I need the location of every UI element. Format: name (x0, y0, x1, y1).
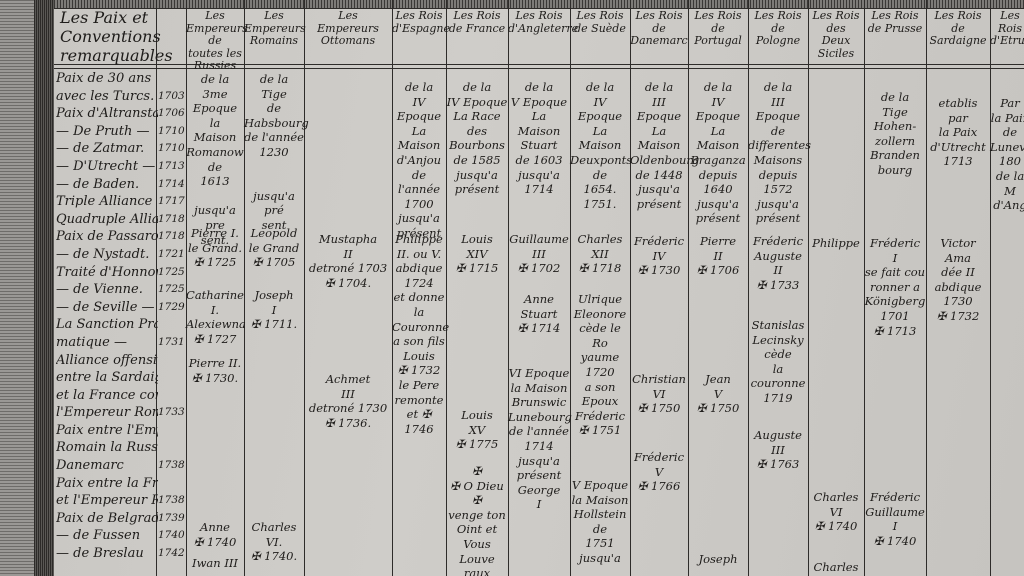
treaty-year: 1725 (158, 281, 186, 299)
entry-prussia: de la Tige Hohen- zollern Branden bourg (864, 90, 926, 178)
treaty-name: et la France contre (56, 387, 158, 405)
treaty-name: La Sanction Prag (56, 316, 158, 334)
treaty-year (158, 352, 186, 370)
entry-sicilies: Charles VI ✠ 1740 (808, 490, 864, 534)
entry-denmark: Fréderic V ✠ 1766 (630, 450, 688, 494)
treaty-name: — D'Utrecht — (56, 158, 158, 176)
entry-roman: Leopold le Grand ✠ 1705 (244, 226, 304, 270)
treaty-name: Quadruple Alliance (56, 211, 158, 229)
treaty-name: — de Seville — (56, 299, 158, 317)
entry-poland: Stanislas Lecinsky cède la couronne 1719 (748, 318, 808, 406)
entry-portugal: de la IV Epoque La Maison Braganza depui… (688, 80, 748, 226)
treaty-name: — de Baden. (56, 176, 158, 194)
entry-ottoman: Mustapha II detroné 1703 ✠ 1704. (304, 232, 392, 290)
entry-sicilies: Charles (808, 560, 864, 575)
treaty-year (158, 439, 186, 457)
entry-france: de la IV Epoque La Race des Bourbons de … (446, 80, 508, 197)
treaty-name: Danemarc (56, 457, 158, 475)
engraved-frame-top (54, 0, 1024, 8)
entry-sardinia: etablis par la Paix d'Utrecht 1713 (926, 96, 990, 169)
entry-prussia: Fréderic Guillaume I ✠ 1740 (864, 490, 926, 548)
column-header-poland: Les Rois de Pologne (748, 10, 808, 48)
entry-denmark: Fréderic IV ✠ 1730 (630, 234, 688, 278)
treaty-year: 1742 (158, 545, 186, 563)
treaty-year: 1729 (158, 299, 186, 317)
treaty-name: — de Fussen (56, 527, 158, 545)
entry-england: VI Epoque la Maison Brunswic Lunebourg d… (508, 366, 570, 512)
treaty-name: Alliance offensive (56, 352, 158, 370)
entry-poland: Auguste III ✠ 1763 (748, 428, 808, 472)
treaty-name: l'Empereur Romain (56, 404, 158, 422)
column-header-roman: Les Empereurs Romains (244, 10, 304, 48)
treaty-year (158, 369, 186, 387)
entry-denmark: Christian VI ✠ 1750 (630, 372, 688, 416)
entry-england: Anne Stuart ✠ 1714 (508, 292, 570, 336)
entry-sweden: Charles XII ✠ 1718 (570, 232, 630, 276)
treaty-year: 1731 (158, 334, 186, 352)
treaty-year: 1713 (158, 158, 186, 176)
column-header-sicilies: Les Rois des Deux Siciles (808, 10, 864, 60)
column-header-treaties: Les Paix et Conventions remarquables (60, 8, 162, 65)
entry-england: Guillaume III ✠ 1702 (508, 232, 570, 276)
entry-poland: de la III Epoque de differentes Maisons … (748, 80, 808, 226)
entry-poland: Fréderic Auguste II ✠ 1733 (748, 234, 808, 292)
treaty-year: 1733 (158, 404, 186, 422)
column-header-etrurie: Les Rois d'Etrurie (990, 10, 1024, 48)
entry-spain: de la IV Epoque La Maison d'Anjou de l'a… (392, 80, 446, 241)
treaty-year: 1710 (158, 140, 186, 158)
treaty-name: — De Pruth — (56, 123, 158, 141)
column-header-portugal: Les Rois de Portugal (688, 10, 748, 48)
column-header-spain: Les Rois d'Espagne (392, 10, 446, 35)
treaty-year: 1738 (158, 492, 186, 510)
treaty-name: Traité d'Honnovre (56, 264, 158, 282)
treaty-name: — de Breslau (56, 545, 158, 563)
entry-russia: Anne ✠ 1740 (186, 520, 244, 549)
entry-france: Louis XV ✠ 1775 (446, 408, 508, 452)
entry-prussia: Fréderic I se fait cou ronner a Königber… (864, 236, 926, 338)
entry-france: ✠ ✠ O Dieu ✠ venge ton Oint et Vous Louv… (446, 464, 508, 576)
engraved-frame-hatching (0, 0, 36, 576)
entry-sweden: V Epoque la Maison Hollstein de 1751 jus… (570, 478, 630, 566)
treaty-name: — de Zatmar. (56, 140, 158, 158)
entry-sardinia: Victor Ama dée II abdique 1730 ✠ 1732 (926, 236, 990, 324)
treaty-year (158, 387, 186, 405)
treaty-year (158, 422, 186, 440)
entry-russia: de la 3me Epoque la Maison Romanow de 16… (186, 72, 244, 247)
entry-roman: Charles VI. ✠ 1740. (244, 520, 304, 564)
treaty-name: Paix d'Altranstadt (56, 105, 158, 123)
entry-sweden: de la IV Epoque La Maison Deuxponts de 1… (570, 80, 630, 211)
treaty-name: Romain la Russie et (56, 439, 158, 457)
treaty-year: 1739 (158, 510, 186, 528)
treaties-column: Paix de 30 ansavec les Turcs.Paix d'Altr… (56, 70, 158, 563)
treaty-name: entre la Sardaigne (56, 369, 158, 387)
treaty-name: Paix de Belgrade. (56, 510, 158, 528)
treaty-name: — de Nystadt. (56, 246, 158, 264)
treaty-name: Paix de Passarowiz (56, 228, 158, 246)
treaty-year (158, 70, 186, 88)
entry-roman: Joseph I ✠ 1711. (244, 288, 304, 332)
column-header-prussia: Les Rois de Prusse (864, 10, 926, 35)
treaty-year: 1710 (158, 123, 186, 141)
entry-portugal: Joseph (688, 552, 748, 567)
treaty-name: matique — (56, 334, 158, 352)
engraved-frame-border (34, 0, 54, 576)
treaty-year (158, 316, 186, 334)
treaty-name: et l'Empereur Rom (56, 492, 158, 510)
column-header-england: Les Rois d'Angleterre (508, 10, 570, 35)
treaty-year: 1703 (158, 88, 186, 106)
column-header-sweden: Les Rois de Suède (570, 10, 630, 35)
treaty-year: 1718 (158, 228, 186, 246)
treaty-year: 1738 (158, 457, 186, 475)
entry-russia: Catharine I. Alexiewna ✠ 1727 (186, 288, 244, 346)
entry-russia: Pierre II. ✠ 1730. (186, 356, 244, 385)
treaty-year: 1714 (158, 176, 186, 194)
treaty-year: 1706 (158, 105, 186, 123)
column-header-denmark: Les Rois de Danemarc (630, 10, 688, 48)
column-divider (990, 0, 991, 576)
column-header-russia: Les Empereurs de toutes les Russies (186, 10, 244, 73)
treaty-name: Paix entre l'Empereur (56, 422, 158, 440)
treaty-year (158, 475, 186, 493)
entry-roman: de la Tige de Habsbourg de l'année 1230 … (244, 72, 304, 233)
years-column: 1703170617101710171317141717171817181721… (158, 70, 186, 563)
entry-russia: Iwan III (186, 556, 244, 571)
treaty-name: Paix entre la France (56, 475, 158, 493)
entry-england: de la V Epoque La Maison Stuart de 1603 … (508, 80, 570, 197)
column-header-sardinia: Les Rois de Sardaigne (926, 10, 990, 48)
entry-denmark: de la III Epoque La Maison Oldenbourg de… (630, 80, 688, 211)
treaty-name: Paix de 30 ans (56, 70, 158, 88)
treaty-year: 1718 (158, 211, 186, 229)
entry-portugal: Jean V ✠ 1750 (688, 372, 748, 416)
treaty-year: 1725 (158, 264, 186, 282)
entry-sicilies: Philippe (808, 236, 864, 251)
column-header-france: Les Rois de France (446, 10, 508, 35)
entry-france: Louis XIV ✠ 1715 (446, 232, 508, 276)
entry-sweden: Ulrique Eleonore cède le Ro yaume 1720 a… (570, 292, 630, 438)
treaty-year: 1717 (158, 193, 186, 211)
treaty-name: avec les Turcs. (56, 88, 158, 106)
treaty-name: Triple Alliance (56, 193, 158, 211)
entry-ottoman: Achmet III detroné 1730 ✠ 1736. (304, 372, 392, 430)
entry-spain: Philippe II. ou V. abdique 1724 et donne… (392, 232, 446, 436)
entry-portugal: Pierre II ✠ 1706 (688, 234, 748, 278)
entry-etrurie: Par la Paix de Luneville 180 de la M d'A… (990, 96, 1024, 213)
treaty-year: 1740 (158, 527, 186, 545)
treaty-name: — de Vienne. (56, 281, 158, 299)
treaty-year: 1721 (158, 246, 186, 264)
column-header-ottoman: Les Empereurs Ottomans (304, 10, 392, 48)
entry-russia: Pierre I. le Grand. ✠ 1725 (186, 226, 244, 270)
